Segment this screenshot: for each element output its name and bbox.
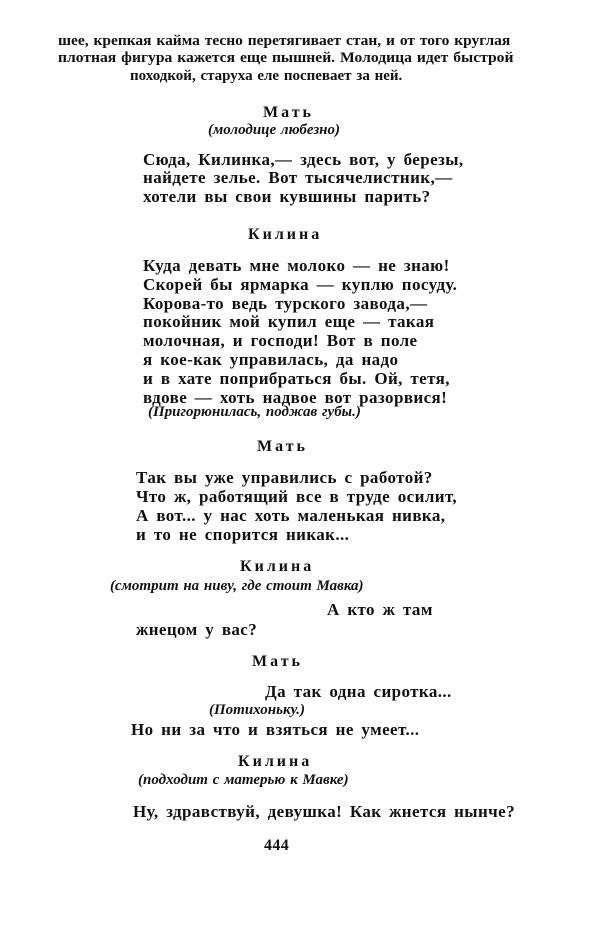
speaker-name: Мать [263, 103, 314, 123]
verse-line: Корова-то ведь турского завода,— [143, 294, 427, 314]
verse-line: Куда девать мне молоко — не знаю! [143, 256, 450, 276]
verse-line: найдете зелье. Вот тысячелистник,— [143, 168, 453, 188]
verse-line: Сюда, Килинка,— здесь вот, у березы, [143, 150, 464, 170]
stage-direction-line: походкой, старуха еле поспевает за ней. [130, 68, 402, 85]
stage-direction-line: шее, крепкая кайма тесно перетягивает ст… [58, 33, 510, 50]
verse-line: А вот... у нас хоть маленькая нивка, [136, 506, 445, 526]
stage-direction: (смотрит на ниву, где стоит Мавка) [110, 578, 364, 595]
verse-line: А кто ж там [327, 600, 433, 620]
verse-line: жнецом у вас? [136, 620, 257, 640]
speaker-name: Килина [238, 752, 312, 772]
verse-line: покойник мой купил еще — такая [143, 312, 434, 332]
verse-line: и то не спорится никак... [136, 525, 349, 545]
verse-line: молочная, и господи! Вот в поле [143, 331, 418, 351]
page-number: 444 [264, 836, 289, 856]
speaker-name: Килина [248, 225, 322, 245]
verse-line: Ну, здравствуй, девушка! Как жнется нынч… [133, 802, 515, 822]
stage-direction: (Пригорюнилась, поджав губы.) [148, 404, 361, 421]
verse-line: Скорей бы ярмарка — куплю посуду. [143, 275, 457, 295]
speaker-name: Мать [257, 437, 308, 457]
speaker-name: Килина [240, 557, 314, 577]
verse-line: и в хате поприбраться бы. Ой, тетя, [143, 369, 450, 389]
book-page: шее, крепкая кайма тесно перетягивает ст… [0, 0, 600, 932]
verse-line: хотели вы свои кувшины парить? [143, 187, 431, 207]
verse-line: Да так одна сиротка... [265, 682, 452, 702]
verse-line: Что ж, работящий все в труде осилит, [136, 487, 457, 507]
verse-line: я кое-как управилась, да надо [143, 350, 398, 370]
verse-line: Так вы уже управились с работой? [136, 468, 433, 488]
stage-direction: (молодице любезно) [208, 122, 340, 139]
verse-line: Но ни за что и взяться не умеет... [131, 720, 419, 740]
speaker-name: Мать [252, 652, 303, 672]
stage-direction-line: плотная фигура кажется еще пышней. Молод… [58, 50, 513, 67]
stage-direction: (Потихоньку.) [209, 702, 305, 719]
stage-direction: (подходит с матерью к Мавке) [138, 772, 349, 789]
